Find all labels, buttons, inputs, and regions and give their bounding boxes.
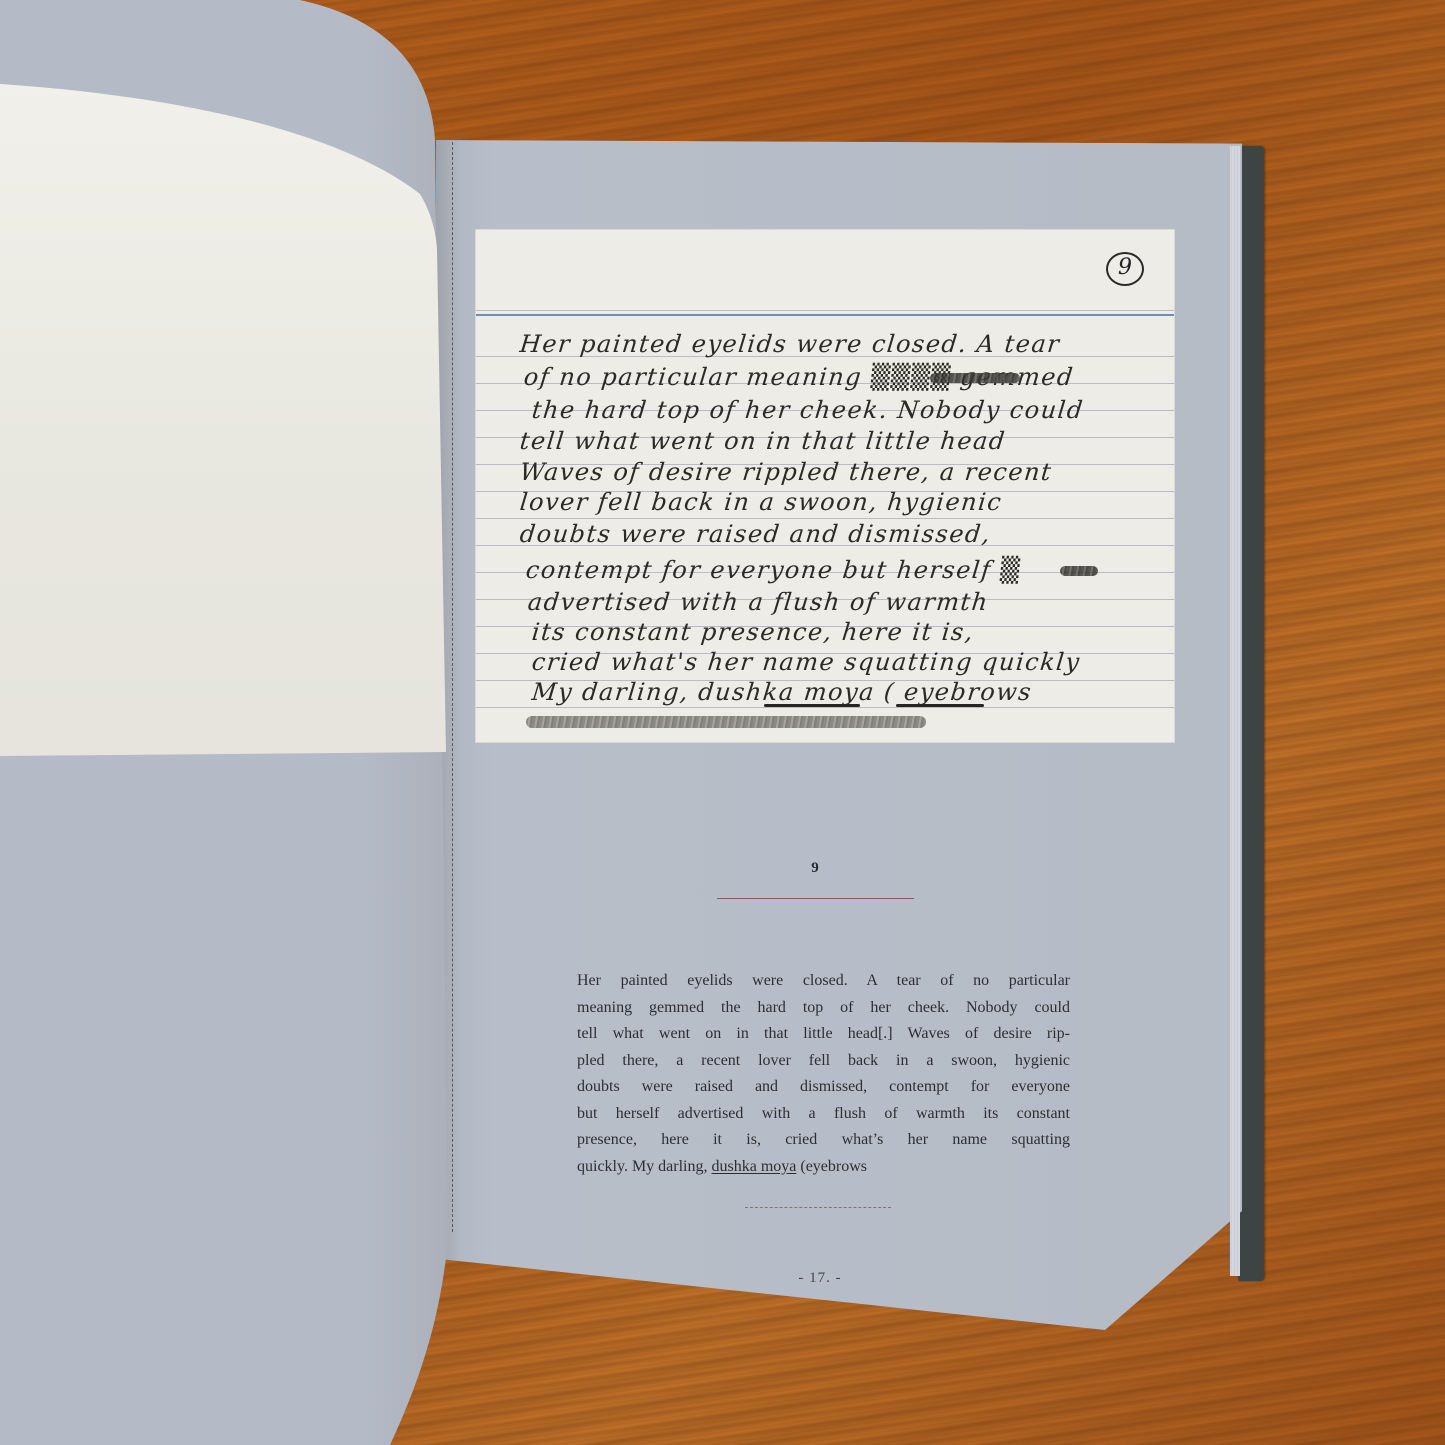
card-blue-header-rule — [476, 314, 1174, 316]
handwritten-index-card: 9 Her painted eyelids were closed. A tea… — [476, 230, 1174, 742]
crossed-out-word-scribble — [930, 373, 1020, 383]
handwritten-line: advertised with a flush of warmth — [527, 588, 1156, 616]
transcription-line: pled there, a recent lover fell back in … — [577, 1048, 1070, 1075]
left-page-white-insert — [0, 84, 447, 756]
handwritten-line: lover fell back in a swoon, hygienic — [519, 488, 1156, 516]
card-rule — [476, 707, 1174, 708]
handwritten-line: its constant presence, here it is, — [531, 618, 1156, 646]
handwritten-line: Her painted eyelids were closed. A tear — [519, 330, 1156, 358]
card-circled-number: 9 — [1106, 252, 1144, 286]
transcription-last-line: quickly. My darling, dushka moya (eyebro… — [577, 1154, 1070, 1181]
end-dashed-rule — [745, 1207, 891, 1208]
underlined-phrase: dushka moya — [712, 1158, 797, 1175]
transcription-line: Her painted eyelids were closed. A tear … — [577, 968, 1070, 995]
last-line-text: (eyebrows — [796, 1158, 867, 1175]
handwritten-underline-moya — [896, 704, 984, 707]
card-rule — [476, 518, 1174, 519]
card-rule — [476, 310, 1174, 311]
pencil-crossed-out-line — [526, 716, 926, 728]
handwritten-line: the hard top of her cheek. Nobody could — [531, 396, 1156, 424]
section-number: 9 — [800, 860, 830, 877]
binding-stitch-line — [452, 142, 453, 1232]
handwritten-line: My darling, dushka moya ( eyebrows — [531, 678, 1156, 706]
handwritten-line: cried what's her name squatting quickly — [531, 648, 1156, 676]
transcription-line: doubts were raised and dismissed, contem… — [577, 1074, 1070, 1101]
page-block-edge — [1230, 146, 1240, 1276]
transcription-line: presence, here it is, cried what’s her n… — [577, 1127, 1070, 1154]
transcription-line: tell what went on in that little head[.]… — [577, 1021, 1070, 1048]
transcription-line: meaning gemmed the hard top of her cheek… — [577, 995, 1070, 1022]
crossed-out-word-scribble — [1060, 566, 1098, 576]
photo-scene: 9 Her painted eyelids were closed. A tea… — [0, 0, 1445, 1445]
last-line-text: quickly. My darling, — [577, 1158, 712, 1175]
handwritten-line: Waves of desire rippled there, a recent — [519, 458, 1156, 486]
handwritten-underline-dushka — [764, 704, 860, 707]
transcription-paragraph: Her painted eyelids were closed. A tear … — [577, 968, 1070, 1180]
section-divider-rule — [717, 898, 914, 899]
handwritten-line: tell what went on in that little head — [519, 427, 1156, 455]
page-number: - 17. - — [770, 1270, 870, 1287]
handwritten-line: of no particular meaning ▒▒▒▒ gemmed — [523, 363, 1156, 391]
transcription-line: but herself advertised with a flush of w… — [577, 1101, 1070, 1128]
handwritten-line: doubts were raised and dismissed, — [519, 520, 1156, 548]
